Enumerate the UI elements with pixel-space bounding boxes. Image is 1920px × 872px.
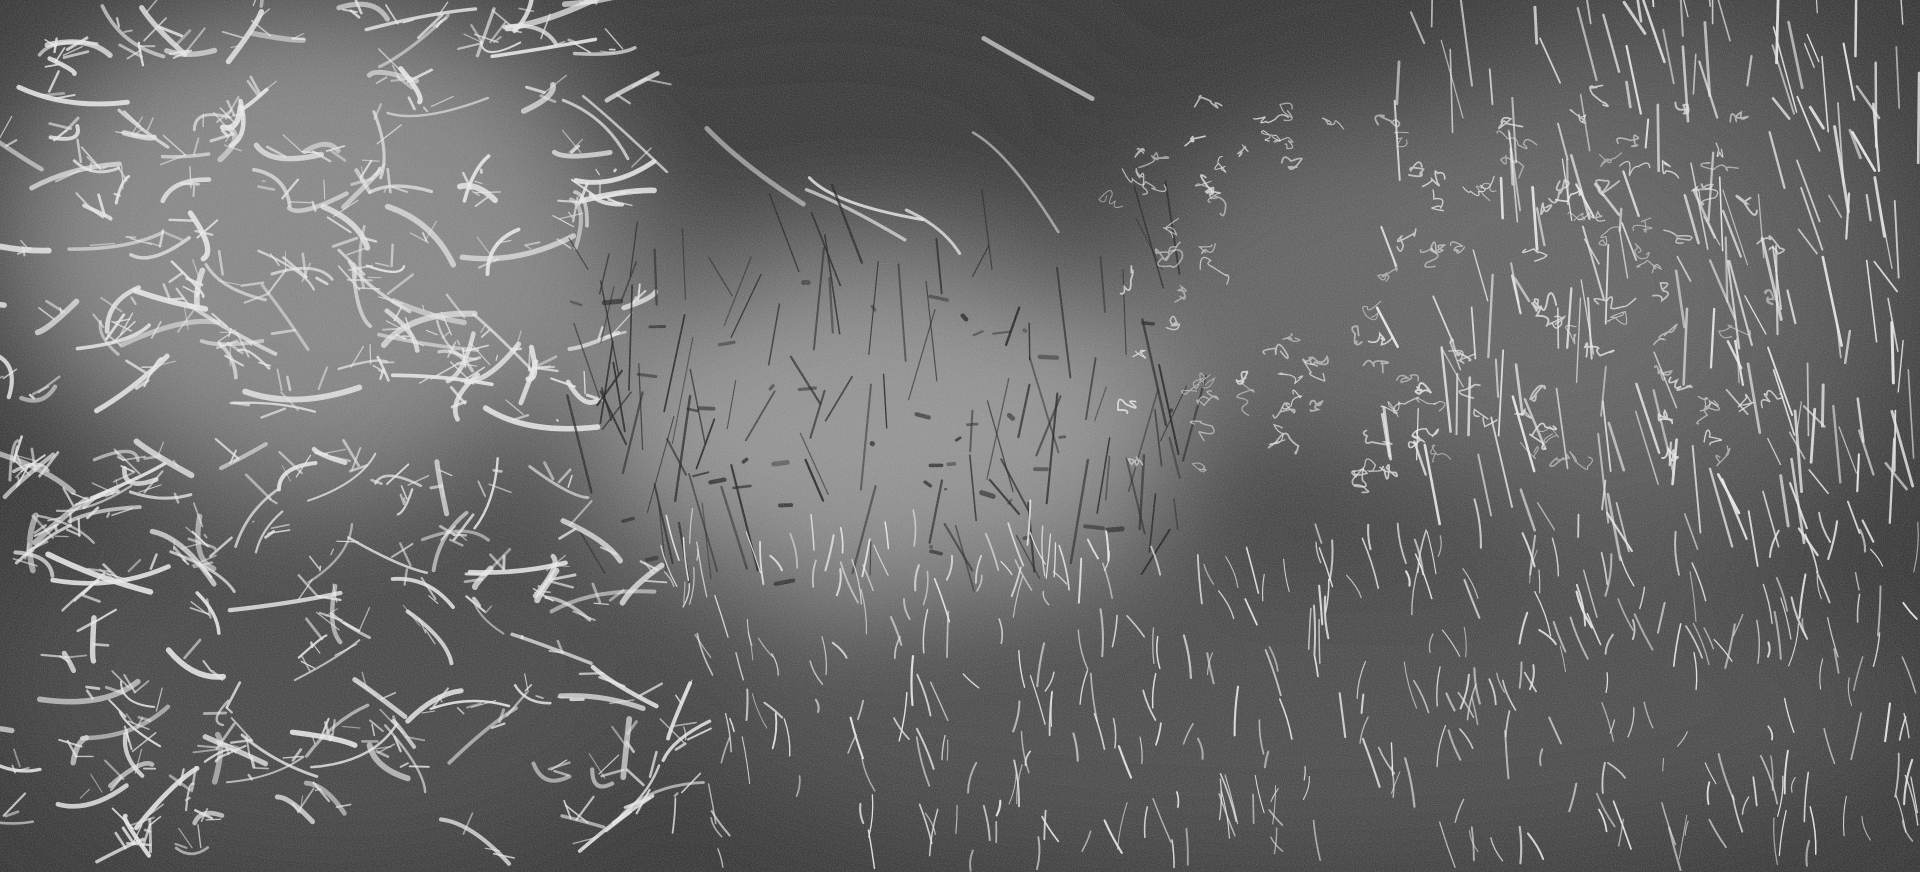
film-grain: [0, 0, 1920, 872]
vegetation-photograph: [0, 0, 1920, 872]
